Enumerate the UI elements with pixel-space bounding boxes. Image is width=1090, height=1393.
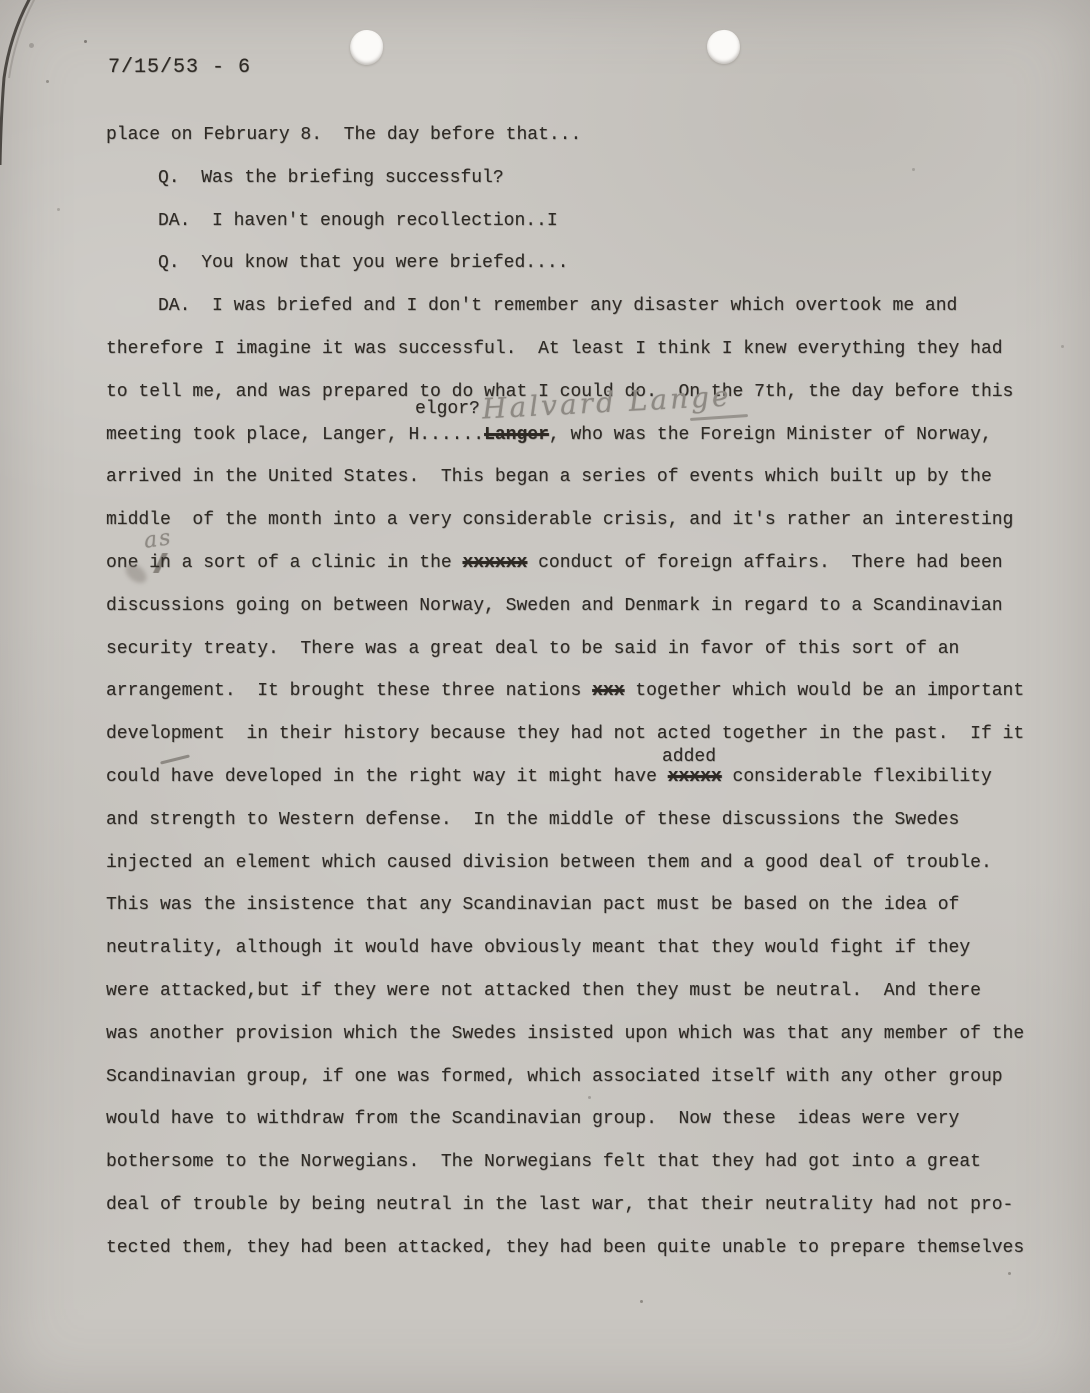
typed-line: Scandinavian group, if one was formed, w… (106, 1056, 1056, 1099)
struck-out-text: Langer (484, 425, 549, 445)
typed-line-answer: DA. I was briefed and I don't remember a… (106, 285, 1056, 328)
typed-line: and strength to Western defense. In the … (106, 799, 1056, 842)
typed-line: injected an element which caused divisio… (106, 842, 1056, 885)
typed-segment: together which would be an important (625, 681, 1025, 701)
typed-added-insertion: added (662, 747, 716, 767)
typed-line: bothersome to the Norwegians. The Norweg… (106, 1141, 1056, 1184)
pencil-struck-text: in (149, 553, 171, 573)
typed-interline-query: elgor? (415, 399, 480, 419)
page-header-date-page: 7/15/53 - 6 (108, 56, 251, 79)
typed-line-answer: DA. I haven't enough recollection..I (106, 200, 1056, 243)
struck-out-text: xxx (592, 681, 624, 701)
typed-segment: meeting took place, Langer, H...... (106, 425, 484, 445)
typed-segment: could have developed in the right way it… (106, 767, 668, 787)
typed-line: discussions going on between Norway, Swe… (106, 585, 1056, 628)
typed-line: development in their history because the… (106, 713, 1056, 756)
typed-line-with-strikeout: arrangement. It brought these three nati… (106, 670, 1056, 713)
typed-segment: a sort of a clinic in the (171, 553, 463, 573)
typed-line: tected them, they had been attacked, the… (106, 1227, 1056, 1270)
typed-line: deal of trouble by being neutral in the … (106, 1184, 1056, 1227)
typed-segment: conduct of foreign affairs. There had be… (527, 553, 1002, 573)
typed-line: was another provision which the Swedes i… (106, 1013, 1056, 1056)
typed-line: were attacked,but if they were not attac… (106, 970, 1056, 1013)
typed-line: middle of the month into a very consider… (106, 499, 1056, 542)
typed-segment: arrangement. It brought these three nati… (106, 681, 592, 701)
typed-line-with-strikeout: could have developed in the right way it… (106, 756, 1056, 799)
paper-specks (0, 0, 3, 3)
typed-body: place on February 8. The day before that… (106, 114, 1056, 1270)
document-page: 7/15/53 - 6 place on February 8. The day… (0, 0, 1090, 1393)
typed-segment: , who was the Foreign Minister of Norway… (549, 425, 992, 445)
typed-line: neutrality, although it would have obvio… (106, 927, 1056, 970)
struck-out-text: xxxxxx (462, 553, 527, 573)
typed-segment: considerable flexibility (722, 767, 992, 787)
typed-line: security treaty. There was a great deal … (106, 628, 1056, 671)
punch-hole-left (348, 28, 384, 66)
typed-line-with-strikeout: one in a sort of a clinic in the xxxxxx … (106, 542, 1056, 585)
typed-line: arrived in the United States. This began… (106, 456, 1056, 499)
typed-line-question: Q. You know that you were briefed.... (106, 242, 1056, 285)
punch-hole-right (706, 29, 742, 66)
torn-corner-edge (0, 0, 80, 200)
typed-line: This was the insistence that any Scandin… (106, 884, 1056, 927)
typed-line-question: Q. Was the briefing successful? (106, 157, 1056, 200)
typed-line: therefore I imagine it was successful. A… (106, 328, 1056, 371)
handwritten-as-annotation: as (142, 525, 174, 554)
struck-out-text: xxxxx (668, 767, 722, 787)
typed-line: would have to withdraw from the Scandina… (106, 1098, 1056, 1141)
typed-line: place on February 8. The day before that… (106, 114, 1056, 157)
